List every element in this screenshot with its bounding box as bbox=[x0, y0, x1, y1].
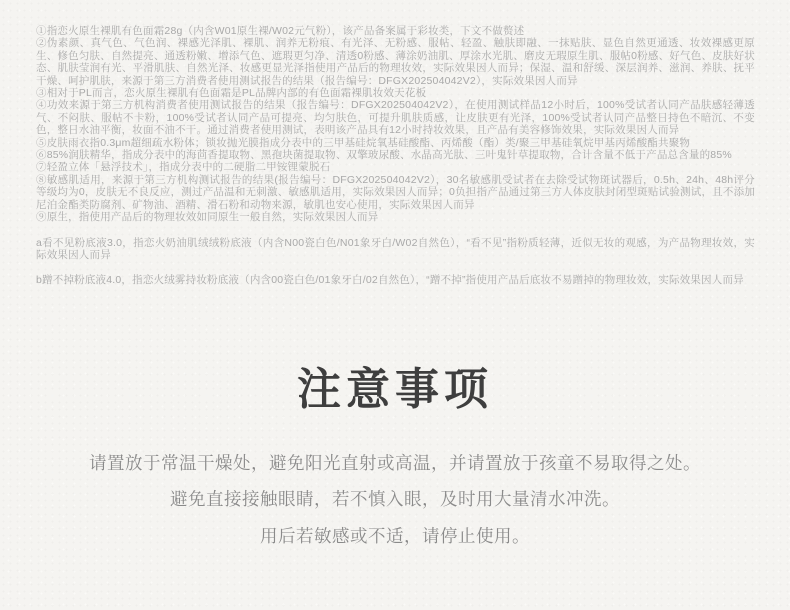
disclaimer-note-2: ②伪素颜、真气色、气色润、裸感光泽肌、裸肌、润养无粉痕、有光泽、无粉感、服帖、轻… bbox=[36, 37, 755, 87]
disclaimer-footnotes: a看不见粉底液3.0，指恋火奶油肌绒绒粉底液（内含N00瓷白色/N01象牙白/W… bbox=[36, 237, 755, 287]
disclaimer-notes-section: ①指恋火原生裸肌有色面霜28g（内含W01原生裸/W02元气粉），该产品备案属于… bbox=[0, 0, 790, 287]
disclaimer-note-4: ④功效来源于第三方机构消费者使用测试报告的结果（报告编号：DFGX2025040… bbox=[36, 99, 755, 136]
disclaimer-footnote-b: b蹭不掉粉底液4.0，指恋火绒雾持妆粉底液（内含00瓷白色/01象牙白/02自然… bbox=[36, 274, 755, 286]
notice-title: 注意事项 bbox=[0, 367, 790, 413]
disclaimer-note-9: ⑨原生，指使用产品后的物理妆效如同原生一般自然，实际效果因人而异 bbox=[36, 211, 755, 223]
disclaimer-note-6: ⑥85%润肤精华，指成分表中的海茴香提取物、黑孢块菌提取物、双擎玻尿酸、水晶高光… bbox=[36, 149, 755, 161]
disclaimer-note-7: ⑦轻盈立体「悬浮技术」，指成分表中的二硬脂二甲铵锂蒙脱石 bbox=[36, 161, 755, 173]
disclaimer-note-3: ③相对于PL而言，恋火原生裸肌有色面霜是PL品牌内部的有色面霜裸肌妆效天花板 bbox=[36, 87, 755, 99]
notice-line-3: 用后若敏感或不适，请停止使用。 bbox=[0, 518, 790, 555]
notice-line-1: 请置放于常温干燥处，避免阳光直射或高温，并请置放于孩童不易取得之处。 bbox=[0, 445, 790, 482]
disclaimer-footnote-a: a看不见粉底液3.0，指恋火奶油肌绒绒粉底液（内含N00瓷白色/N01象牙白/W… bbox=[36, 237, 755, 262]
product-precautions-page: ①指恋火原生裸肌有色面霜28g（内含W01原生裸/W02元气粉），该产品备案属于… bbox=[0, 0, 790, 610]
notice-section: 注意事项 请置放于常温干燥处，避免阳光直射或高温，并请置放于孩童不易取得之处。 … bbox=[0, 367, 790, 555]
notice-lines: 请置放于常温干燥处，避免阳光直射或高温，并请置放于孩童不易取得之处。 避免直接接… bbox=[0, 445, 790, 555]
disclaimer-note-8: ⑧敏感肌适用，来源于第三方机构测试报告的结果(报告编号：DFGX20250404… bbox=[36, 174, 755, 211]
notice-line-2: 避免直接接触眼睛，若不慎入眼，及时用大量清水冲洗。 bbox=[0, 481, 790, 518]
disclaimer-note-5: ⑤皮肤雨衣指0.3μm超细疏水粉体；锁妆抛光膜指成分表中的三甲基硅烷氧基硅酸酯、… bbox=[36, 137, 755, 149]
disclaimer-note-1: ①指恋火原生裸肌有色面霜28g（内含W01原生裸/W02元气粉），该产品备案属于… bbox=[36, 25, 755, 37]
